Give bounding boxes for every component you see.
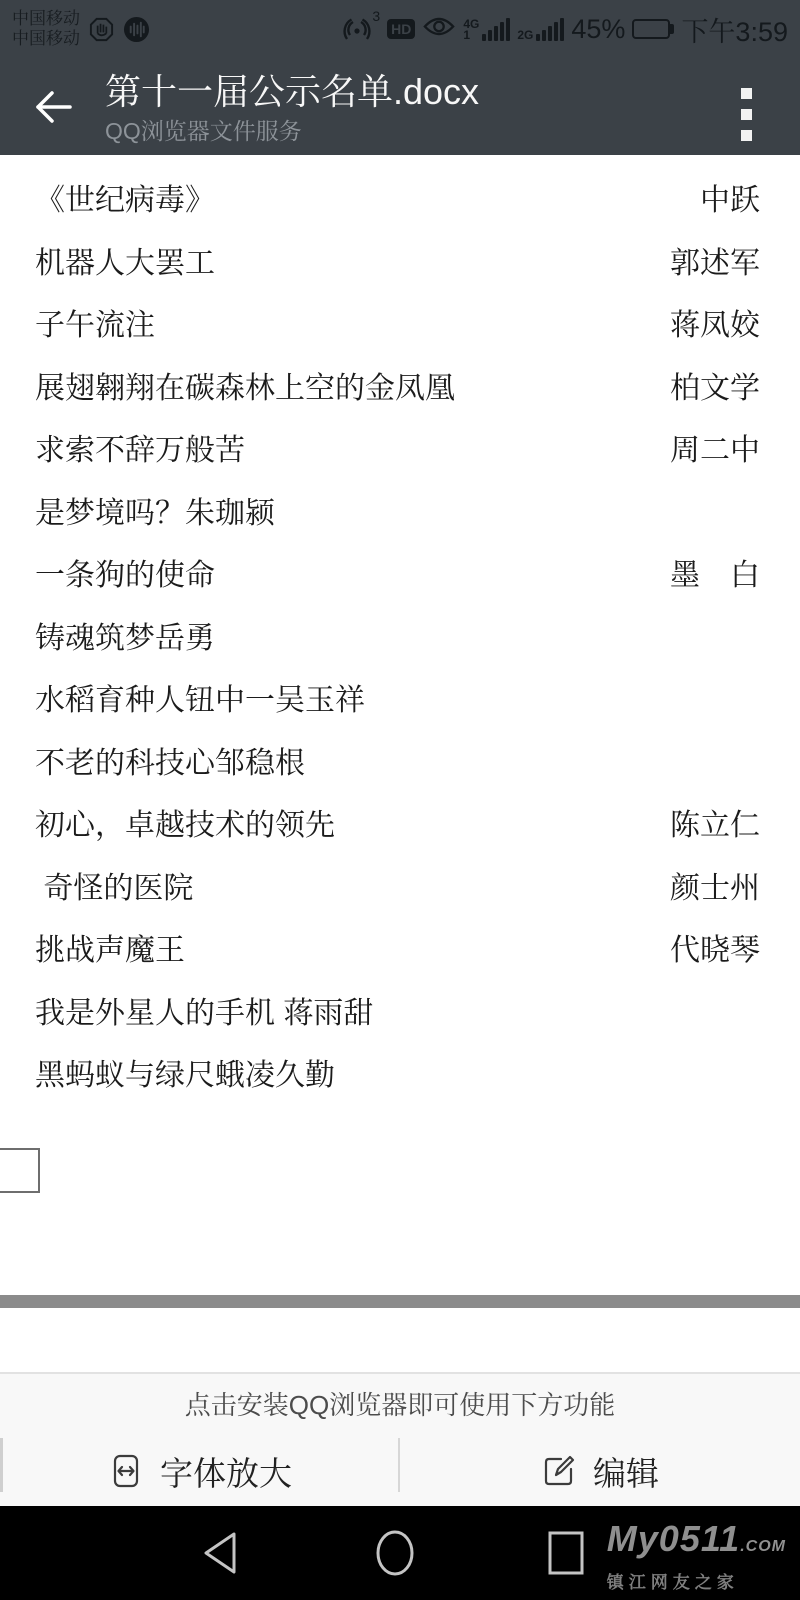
table-row: 奇怪的医院 颜士州 [0, 854, 800, 917]
entry-author: 陈立仁 [670, 800, 760, 844]
table-row: 是梦境吗？朱珈颍 [0, 479, 800, 542]
table-row: 子午流注 蒋凤姣 [0, 291, 800, 354]
document-title: 第十一届公示名单.docx [105, 70, 665, 114]
carrier-line1: 中国移动 [12, 9, 80, 29]
table-row: 我是外星人的手机 蒋雨甜 [0, 979, 800, 1042]
nav-home-button[interactable] [372, 1527, 418, 1579]
entry-title: 我是外星人的手机 蒋雨甜 [35, 988, 373, 1032]
hand-hexagon-icon [88, 16, 115, 43]
carrier-names: 中国移动 中国移动 [12, 9, 80, 49]
entry-title: 初心，卓越技术的领先 [35, 800, 335, 844]
entry-title: 机器人大罢工 [35, 238, 215, 282]
table-row: 挑战声魔王 代晓琴 [0, 916, 800, 979]
table-row: 水稻育种人钮中一吴玉祥 [0, 666, 800, 729]
divider [0, 1438, 3, 1492]
install-tip-text[interactable]: 点击安装QQ浏览器即可使用下方功能 [0, 1385, 800, 1422]
action-toolbar: 字体放大 编辑 [0, 1436, 800, 1506]
entry-author: 柏文学 [670, 363, 760, 407]
divider [398, 1438, 400, 1492]
watermark-site: My0511 [607, 1518, 740, 1559]
battery-percent: 45% [571, 14, 625, 45]
edit-label: 编辑 [593, 1448, 659, 1495]
app-header: 第十一届公示名单.docx QQ浏览器文件服务 [0, 58, 800, 155]
sim2-signal-icon: 2G [517, 18, 564, 41]
table-cell-fragment [0, 1148, 40, 1193]
entry-title: 黑蚂蚁与绿尺蛾凌久勤 [35, 1050, 335, 1094]
entry-author: 蒋凤姣 [670, 300, 760, 344]
font-enlarge-button[interactable]: 字体放大 [0, 1436, 400, 1506]
sim1-index: 1 [463, 30, 470, 41]
table-row: 黑蚂蚁与绿尺蛾凌久勤 [0, 1041, 800, 1104]
font-resize-icon [108, 1453, 144, 1489]
nav-recents-button[interactable] [546, 1529, 586, 1577]
overflow-menu-button[interactable] [735, 82, 758, 147]
table-row: 机器人大罢工 郭述军 [0, 229, 800, 292]
hotspot-icon: 3 [342, 14, 380, 44]
entry-title: 水稻育种人钮中一吴玉祥 [35, 675, 365, 719]
status-bar: 中国移动 中国移动 [0, 0, 800, 58]
clock: 下午3:59 [681, 10, 788, 49]
entry-title: 是梦境吗？朱珈颍 [35, 488, 275, 532]
entry-title: 奇怪的医院 [35, 863, 193, 907]
entry-title: 不老的科技心邹稳根 [35, 738, 305, 782]
entry-title: 挑战声魔王 [35, 925, 185, 969]
phone-screen: 中国移动 中国移动 [0, 0, 800, 1600]
entry-title: 铸魂筑梦岳勇 [35, 613, 215, 657]
entry-author: 颜士州 [670, 863, 760, 907]
sim1-signal-icon: 4G 1 [463, 18, 510, 41]
sim2-network-type: 2G [517, 30, 533, 41]
nav-back-button[interactable] [198, 1529, 240, 1577]
watermark-suffix: .COM [740, 1538, 786, 1555]
table-row: 初心，卓越技术的领先 陈立仁 [0, 791, 800, 854]
entry-title: 展翅翱翔在碳森林上空的金凤凰 [35, 363, 455, 407]
page-divider-bar [0, 1295, 800, 1308]
table-row: 铸魂筑梦岳勇 [0, 604, 800, 667]
table-row: 《世纪病毒》 中跃 [0, 166, 800, 229]
table-row: 不老的科技心邹稳根 [0, 729, 800, 792]
watermark: My0511.COM 镇江网友之家 [607, 1520, 786, 1593]
back-button[interactable] [30, 86, 76, 128]
entry-title: 一条狗的使命 [35, 550, 215, 594]
file-service-subtitle: QQ浏览器文件服务 [105, 117, 665, 145]
hd-voice-icon: HD [387, 19, 415, 39]
edit-pencil-icon [541, 1453, 577, 1489]
document-viewer[interactable]: 《世纪病毒》 中跃 机器人大罢工 郭述军 子午流注 蒋凤姣 展翅翱翔在碳森林上空… [0, 155, 800, 1295]
table-row: 一条狗的使命 墨 白 [0, 541, 800, 604]
carrier-line2: 中国移动 [12, 29, 80, 49]
entry-author: 墨 白 [670, 550, 760, 594]
entry-title: 《世纪病毒》 [35, 175, 215, 219]
battery-icon [632, 19, 674, 39]
voice-recorder-icon [123, 16, 150, 43]
entry-author: 周二中 [670, 425, 760, 469]
entry-author: 郭述军 [670, 238, 760, 282]
eye-protection-icon [422, 15, 456, 43]
watermark-subtitle: 镇江网友之家 [607, 1568, 786, 1593]
entry-title: 子午流注 [35, 300, 155, 344]
hotspot-count: 3 [372, 8, 380, 24]
entry-author: 代晓琴 [670, 925, 760, 969]
android-navigation-bar: My0511.COM 镇江网友之家 [0, 1506, 800, 1600]
table-row: 求索不辞万般苦 周二中 [0, 416, 800, 479]
entry-title: 求索不辞万般苦 [35, 425, 245, 469]
install-prompt-panel: 点击安装QQ浏览器即可使用下方功能 字体放大 [0, 1372, 800, 1506]
entry-author: 中跃 [700, 175, 760, 219]
edit-button[interactable]: 编辑 [400, 1436, 800, 1506]
table-row: 展翅翱翔在碳森林上空的金凤凰 柏文学 [0, 354, 800, 417]
font-enlarge-label: 字体放大 [160, 1448, 292, 1495]
document-content: 《世纪病毒》 中跃 机器人大罢工 郭述军 子午流注 蒋凤姣 展翅翱翔在碳森林上空… [0, 155, 800, 1104]
